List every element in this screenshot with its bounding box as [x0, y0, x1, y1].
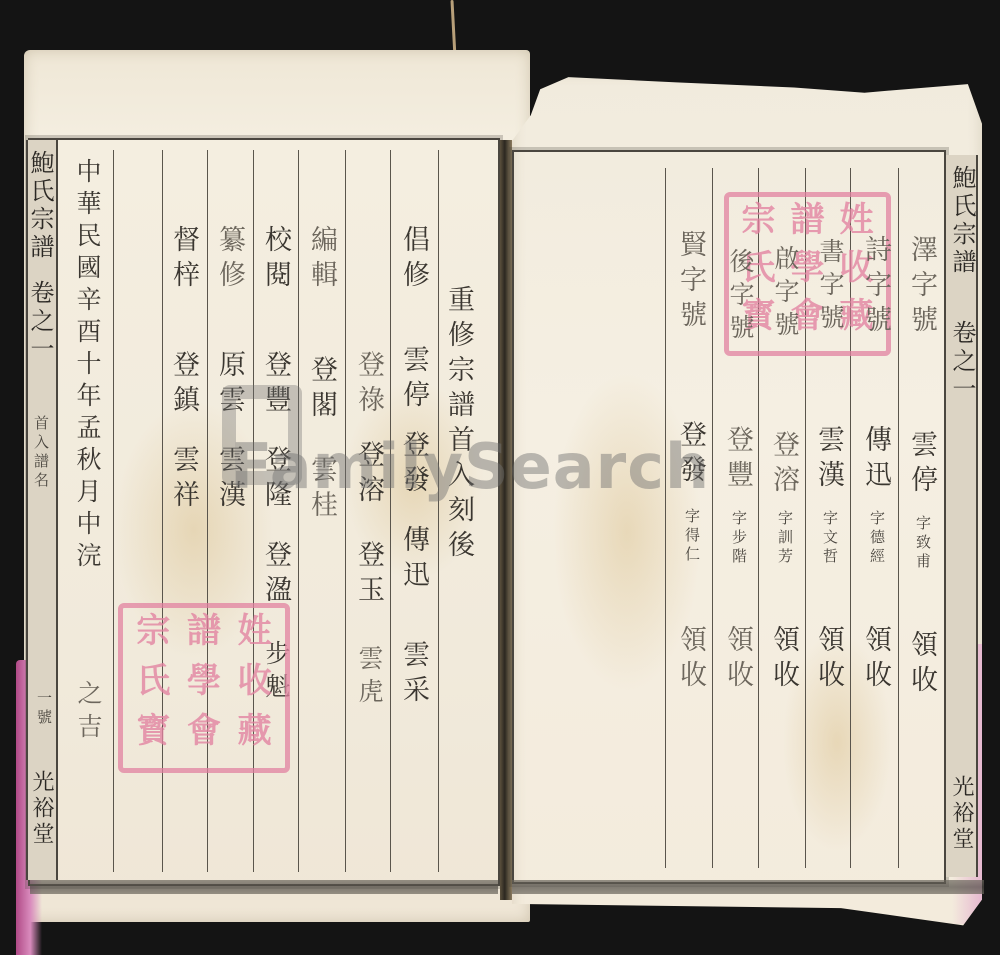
credit-name: 雲虎 — [357, 645, 382, 711]
entry-name: 登溶 — [770, 430, 797, 500]
generation-label: 啟字號 — [773, 245, 798, 344]
entry-name: 雲停 — [908, 430, 935, 500]
scanned-book-spread: 鮑氏宗譜 卷之一 首入譜名 一號 光裕堂 重修宗譜首入刻後 倡修 雲停 登發 傳… — [0, 0, 1000, 955]
column-rule — [438, 150, 439, 872]
spine-title: 鮑氏宗譜 — [28, 150, 52, 262]
bottom-border-band — [512, 880, 984, 894]
collection-seal-stamp: 宗 譜 姓 氏 學 收 寳 會 藏 — [118, 603, 290, 773]
entry-status: 領收 — [677, 625, 704, 695]
credit-role: 倡修 — [400, 225, 427, 295]
spine-subtitle: 首入譜名 — [33, 415, 48, 491]
generation-label: 澤字號 — [908, 235, 935, 340]
credit-role: 纂修 — [216, 225, 243, 295]
spine-hall: 光裕堂 — [30, 770, 52, 848]
credit-name: 登鎮 — [170, 350, 197, 420]
spine-title: 鮑氏宗譜 — [950, 165, 974, 277]
credit-name: 傳迅 — [400, 525, 427, 595]
book-gutter — [500, 140, 512, 900]
column-rule — [390, 150, 391, 872]
generation-label: 後字號 — [728, 248, 753, 347]
entry-courtesy-name: 字德經 — [869, 510, 884, 567]
generation-label: 書字號 — [818, 238, 843, 337]
column-rule — [345, 150, 346, 872]
entry-status: 領收 — [908, 630, 935, 700]
credit-name: 雲采 — [400, 640, 427, 710]
bottom-border-band — [30, 880, 498, 894]
column-rule — [298, 150, 299, 872]
entry-courtesy-name: 字文哲 — [822, 510, 837, 567]
credit-name: 雲停 — [400, 345, 427, 415]
entry-name: 登豐 — [724, 425, 751, 495]
page-heading: 重修宗譜首入刻後 — [445, 285, 472, 565]
entry-name: 傳迅 — [862, 425, 889, 495]
entry-status: 領收 — [724, 625, 751, 695]
entry-status: 領收 — [770, 625, 797, 695]
spine-volume: 卷之一 — [950, 320, 974, 404]
column-rule — [898, 168, 899, 868]
entry-name: 雲漢 — [815, 425, 842, 495]
generation-label: 詩字號 — [862, 235, 889, 340]
credit-role: 督梓 — [170, 225, 197, 295]
spine-hall: 光裕堂 — [950, 775, 972, 853]
column-rule — [113, 150, 114, 872]
date-suffix: 之吉 — [76, 680, 101, 746]
entry-courtesy-name: 字致甫 — [915, 515, 930, 572]
spine-number: 一號 — [36, 690, 51, 728]
credit-name: 登溋 — [262, 540, 289, 610]
entry-courtesy-name: 字訓芳 — [777, 510, 792, 567]
credit-name: 登祿 — [355, 350, 382, 420]
credit-name: 登玉 — [355, 540, 382, 610]
credit-role: 編輯 — [308, 225, 335, 295]
watermark-text: FamilySearch — [230, 430, 710, 503]
date-line: 中華民國辛酉十年孟秋月中浣 — [75, 158, 100, 574]
generation-label: 賢字號 — [677, 230, 704, 335]
spine-volume: 卷之一 — [28, 280, 52, 364]
credit-name: 雲祥 — [170, 445, 197, 515]
column-rule — [665, 168, 666, 868]
entry-courtesy-name: 字得仁 — [684, 508, 699, 565]
column-rule — [712, 168, 713, 868]
credit-role: 校閱 — [262, 225, 289, 295]
entry-status: 領收 — [862, 625, 889, 695]
entry-courtesy-name: 字步階 — [731, 510, 746, 567]
credit-name: 登閣 — [308, 355, 335, 425]
entry-status: 領收 — [815, 625, 842, 695]
